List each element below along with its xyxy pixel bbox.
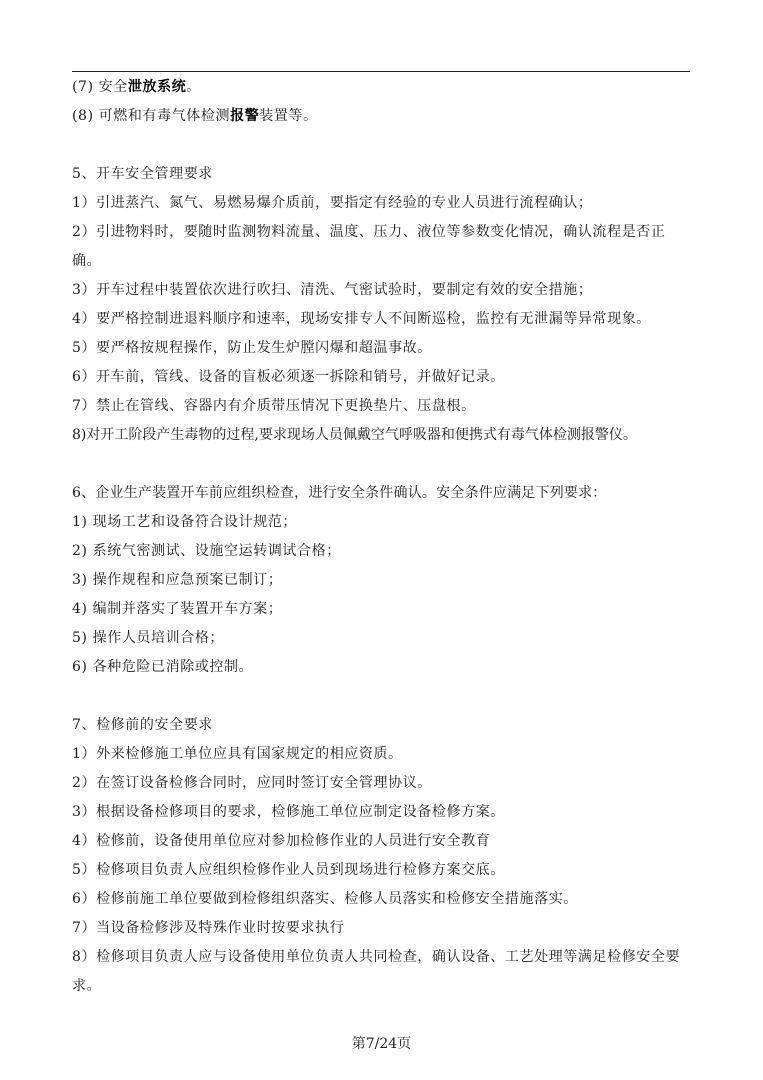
section5-item: 8)对开工阶段产生毒物的过程,要求现场人员佩戴空气呼吸器和便携式有毒气体检测报警… — [72, 421, 692, 450]
section5-item: 6）开车前，管线、设备的盲板必须逐一拆除和销号，并做好记录。 — [72, 363, 692, 392]
section5-heading: 5、开车安全管理要求 — [72, 160, 692, 189]
section7-item: 8）检修项目负责人应与设备使用单位负责人共同检查，确认设备、工艺处理等满足检修安… — [72, 943, 692, 1001]
section7-item: 6）检修前施工单位要做到检修组织落实、检修人员落实和检修安全措施落实。 — [72, 885, 692, 914]
section7-item: 2）在签订设备检修合同时，应同时签订安全管理协议。 — [72, 769, 692, 798]
section7-heading: 7、检修前的安全要求 — [72, 711, 692, 740]
section5-item: 4）要严格控制进退料顺序和速率，现场安排专人不间断巡检，监控有无泄漏等异常现象。 — [72, 305, 692, 334]
bold-term: 报警 — [230, 108, 259, 124]
section7-item: 1）外来检修施工单位应具有国家规定的相应资质。 — [72, 740, 692, 769]
section6-item: 6) 各种危险已消除或控制。 — [72, 653, 692, 682]
page-number: 第7/24页 — [0, 1033, 763, 1053]
section6-item: 5) 操作人员培训合格； — [72, 624, 692, 653]
section6-item: 2) 系统气密测试、设施空运转调试合格； — [72, 537, 692, 566]
section5-item: 5）要严格按规程操作，防止发生炉膛闪爆和超温事故。 — [72, 334, 692, 363]
section5-item: 2）引进物料时，要随时监测物料流量、温度、压力、液位等参数变化情况，确认流程是否… — [72, 218, 692, 276]
intro-item-7: (7) 安全泄放系统。 — [72, 73, 692, 102]
text: (7) 安全 — [72, 79, 128, 95]
section7-item: 5）检修项目负责人应组织检修作业人员到现场进行检修方案交底。 — [72, 856, 692, 885]
section6-heading: 6、企业生产装置开车前应组织检查，进行安全条件确认。安全条件应满足下列要求： — [72, 479, 692, 508]
section5-item: 3）开车过程中装置依次进行吹扫、清洗、气密试验时，要制定有效的安全措施； — [72, 276, 692, 305]
section6-item: 1) 现场工艺和设备符合设计规范； — [72, 508, 692, 537]
section6-item: 3) 操作规程和应急预案已制订； — [72, 566, 692, 595]
bold-term: 泄放系统 — [128, 79, 186, 95]
text: (8) 可燃和有毒气体检测 — [72, 108, 230, 124]
section5-item: 1）引进蒸汽、氮气、易燃易爆介质前，要指定有经验的专业人员进行流程确认； — [72, 189, 692, 218]
intro-item-8: (8) 可燃和有毒气体检测报警装置等。 — [72, 102, 692, 131]
section7-item: 7）当设备检修涉及特殊作业时按要求执行 — [72, 914, 692, 943]
text: 装置等。 — [259, 108, 317, 124]
section5-item: 7）禁止在管线、容器内有介质带压情况下更换垫片、压盘根。 — [72, 392, 692, 421]
text: 。 — [186, 79, 201, 95]
section7-item: 4）检修前，设备使用单位应对参加检修作业的人员进行安全教育 — [72, 827, 692, 856]
page-content: (7) 安全泄放系统。 (8) 可燃和有毒气体检测报警装置等。 5、开车安全管理… — [72, 73, 692, 1001]
header-rule — [72, 71, 690, 72]
section7-item: 3）根据设备检修项目的要求，检修施工单位应制定设备检修方案。 — [72, 798, 692, 827]
section6-item: 4) 编制并落实了装置开车方案； — [72, 595, 692, 624]
